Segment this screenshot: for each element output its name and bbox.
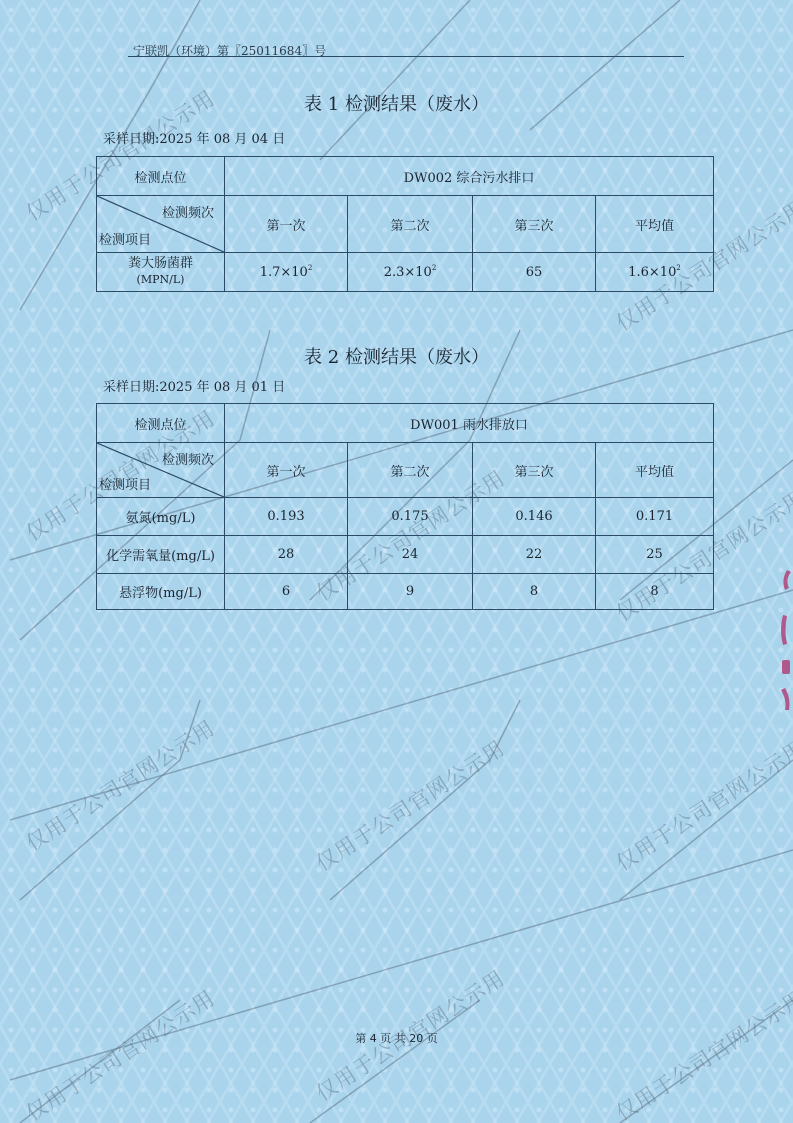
- item-name: 粪大肠菌群: [97, 256, 224, 272]
- table2-cell: 8: [473, 574, 596, 610]
- table2-row-item: 悬浮物(mg/L): [97, 574, 225, 610]
- header-divider: [128, 56, 684, 57]
- table1-sample-date: 采样日期:2025 年 08 月 04 日: [103, 128, 285, 147]
- cell-exponent: 2: [676, 264, 680, 272]
- cell-exponent: 2: [308, 264, 312, 272]
- table1-title: 表 1 检测结果（废水）: [0, 90, 793, 116]
- table1-cell: 2.3×102: [348, 253, 473, 292]
- table2-cell: 0.193: [225, 498, 348, 536]
- table2-point-value: DW001 雨水排放口: [225, 404, 714, 443]
- table2-col-header: 第二次: [348, 443, 473, 498]
- table1-diagonal-header: 检测频次 检测项目: [97, 196, 225, 253]
- official-seal-fragment: [773, 560, 793, 730]
- table1-results: 检测点位 DW002 综合污水排口 检测频次 检测项目 第一次 第二次 第三次 …: [96, 156, 714, 292]
- table2-cell: 9: [348, 574, 473, 610]
- table1-col-header: 第一次: [225, 196, 348, 253]
- table2-cell: 24: [348, 536, 473, 574]
- table1-row-item: 粪大肠菌群 (MPN/L): [97, 253, 225, 292]
- cell-value: 2.3×10: [384, 265, 432, 280]
- table1-point-value: DW002 综合污水排口: [225, 157, 714, 196]
- cell-value: 1.7×10: [260, 265, 308, 280]
- table1-cell: 1.7×102: [225, 253, 348, 292]
- cell-exponent: 2: [432, 264, 436, 272]
- table-row: 粪大肠菌群 (MPN/L) 1.7×102 2.3×102 65 1.6×102: [97, 253, 714, 292]
- table1-col-header: 第二次: [348, 196, 473, 253]
- table2-cell: 0.175: [348, 498, 473, 536]
- cell-value: 65: [526, 265, 543, 280]
- item-unit: (MPN/L): [97, 272, 224, 288]
- cell-value: 1.6×10: [628, 265, 676, 280]
- table2-title: 表 2 检测结果（废水）: [0, 343, 793, 369]
- report-page: 宁联凯（环境）第〖25011684〗号 表 1 检测结果（废水） 采样日期:20…: [0, 0, 793, 1123]
- table2-cell: 0.146: [473, 498, 596, 536]
- table2-cell: 6: [225, 574, 348, 610]
- table2-sample-date: 采样日期:2025 年 08 月 01 日: [103, 376, 285, 395]
- table2-cell: 8: [596, 574, 714, 610]
- table2-point-label: 检测点位: [97, 404, 225, 443]
- table2-row-item: 氨氮(mg/L): [97, 498, 225, 536]
- table1-cell: 65: [473, 253, 596, 292]
- table1-point-label: 检测点位: [97, 157, 225, 196]
- table-row: 悬浮物(mg/L) 6 9 8 8: [97, 574, 714, 610]
- table1-frequency-label: 检测频次: [162, 202, 214, 221]
- table1-col-header: 第三次: [473, 196, 596, 253]
- table2-cell: 25: [596, 536, 714, 574]
- table2-col-header: 第三次: [473, 443, 596, 498]
- table2-item-label: 检测项目: [99, 474, 151, 493]
- table1-col-header: 平均值: [596, 196, 714, 253]
- table2-row-item: 化学需氧量(mg/L): [97, 536, 225, 574]
- table2-col-header: 平均值: [596, 443, 714, 498]
- page-indicator: 第 4 页 共 20 页: [0, 1030, 793, 1046]
- table1-cell: 1.6×102: [596, 253, 714, 292]
- table-row: 化学需氧量(mg/L) 28 24 22 25: [97, 536, 714, 574]
- table2-frequency-label: 检测频次: [162, 449, 214, 468]
- table2-cell: 0.171: [596, 498, 714, 536]
- table2-col-header: 第一次: [225, 443, 348, 498]
- table2-cell: 28: [225, 536, 348, 574]
- table2-cell: 22: [473, 536, 596, 574]
- table-row: 氨氮(mg/L) 0.193 0.175 0.146 0.171: [97, 498, 714, 536]
- table2-diagonal-header: 检测频次 检测项目: [97, 443, 225, 498]
- table2-results: 检测点位 DW001 雨水排放口 检测频次 检测项目 第一次 第二次 第三次 平…: [96, 403, 714, 610]
- table1-item-label: 检测项目: [99, 229, 151, 248]
